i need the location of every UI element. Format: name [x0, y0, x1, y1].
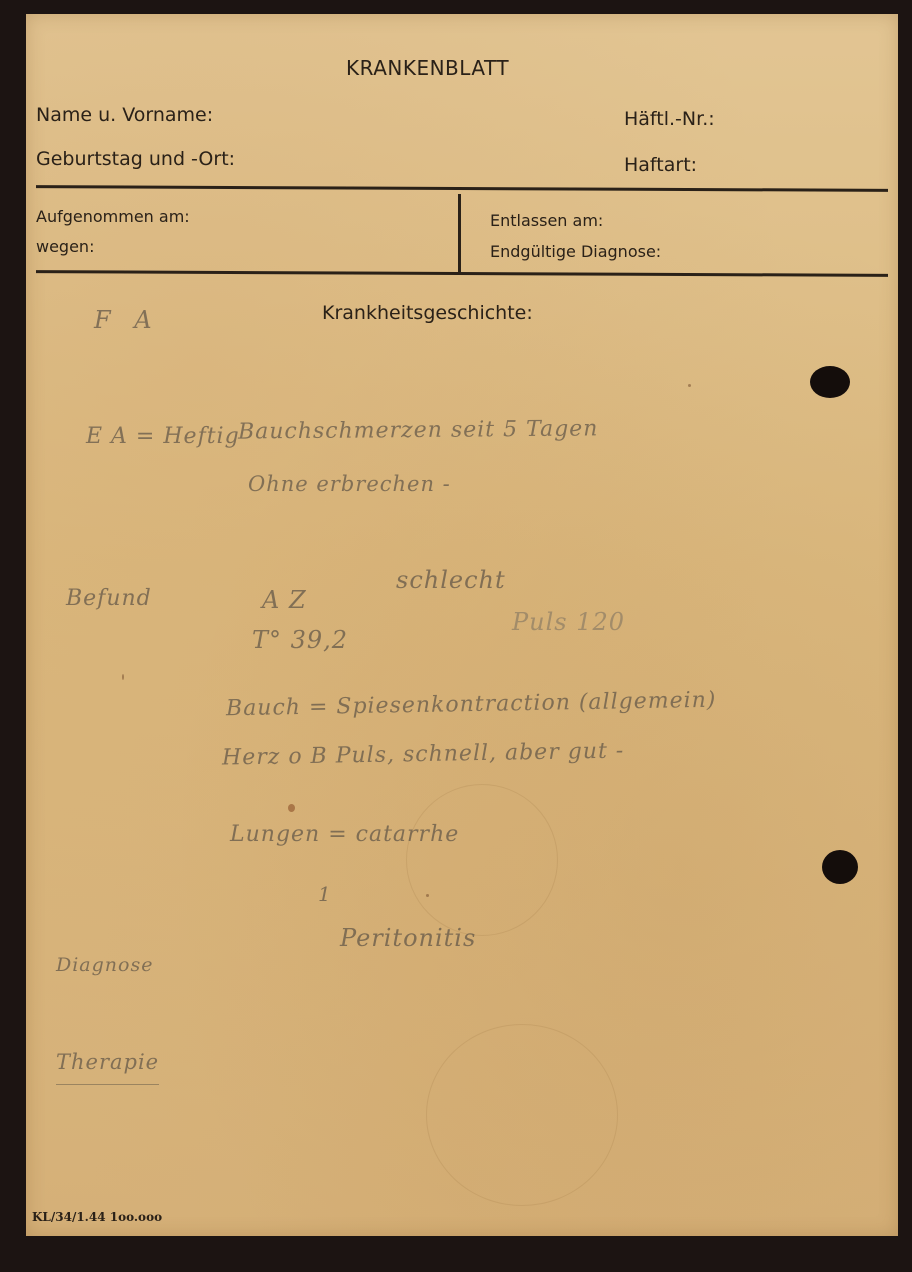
- own-history-label: E A = Heftig: [86, 424, 240, 449]
- detention-type-label: Haftart:: [624, 154, 697, 176]
- faded-stamp-mark: [406, 784, 558, 936]
- faded-stamp-mark-lower: [426, 1024, 618, 1206]
- margin-mark: 1: [318, 882, 332, 906]
- paper-speck: [288, 804, 295, 812]
- paper-speck: [426, 894, 429, 897]
- own-history-line2: Ohne erbrechen -: [248, 472, 451, 496]
- abdomen-note: Bauch = Spiesenkontraction (allgemein): [226, 688, 717, 722]
- lungs-note: Lungen = catarrhe: [230, 822, 459, 847]
- top-divider-line: [36, 185, 888, 192]
- general-condition-label: A Z: [262, 586, 307, 614]
- birth-label: Geburtstag und -Ort:: [36, 148, 235, 170]
- pulse-note: Puls 120: [512, 608, 625, 636]
- discharged-label: Entlassen am:: [490, 211, 603, 230]
- paper-speck: [688, 384, 691, 387]
- family-history-note: F A: [94, 306, 160, 334]
- final-diagnosis-label: Endgültige Diagnose:: [490, 242, 661, 261]
- diagnosis-label-note: Diagnose: [56, 954, 153, 976]
- prisoner-number-label: Häftl.-Nr.:: [624, 108, 715, 130]
- form-title: KRANKENBLATT: [346, 56, 509, 80]
- admitted-label: Aufgenommen am:: [36, 207, 190, 226]
- punch-hole-top: [810, 366, 850, 398]
- section-heading: Krankheitsgeschichte:: [322, 302, 533, 324]
- heart-note: Herz o B Puls, schnell, aber gut -: [222, 738, 625, 770]
- own-history-line1: Bauchschmerzen seit 5 Tagen: [238, 416, 599, 444]
- paper-speck: [122, 674, 124, 680]
- name-label: Name u. Vorname:: [36, 104, 213, 126]
- findings-label: Befund: [66, 586, 152, 611]
- general-condition-value: schlecht: [396, 566, 506, 594]
- form-code-footer: KL/34/1.44 1oo.ooo: [32, 1210, 162, 1224]
- bottom-divider-line: [36, 270, 888, 277]
- punch-hole-bottom: [822, 850, 858, 884]
- vertical-divider-line: [458, 194, 461, 272]
- temperature-note: T° 39,2: [252, 626, 348, 654]
- reason-label: wegen:: [36, 237, 94, 256]
- conclusion-note: Peritonitis: [340, 924, 476, 952]
- medical-record-sheet: KRANKENBLATT Name u. Vorname: Häftl.-Nr.…: [26, 14, 898, 1236]
- therapy-label-note: Therapie: [56, 1050, 159, 1085]
